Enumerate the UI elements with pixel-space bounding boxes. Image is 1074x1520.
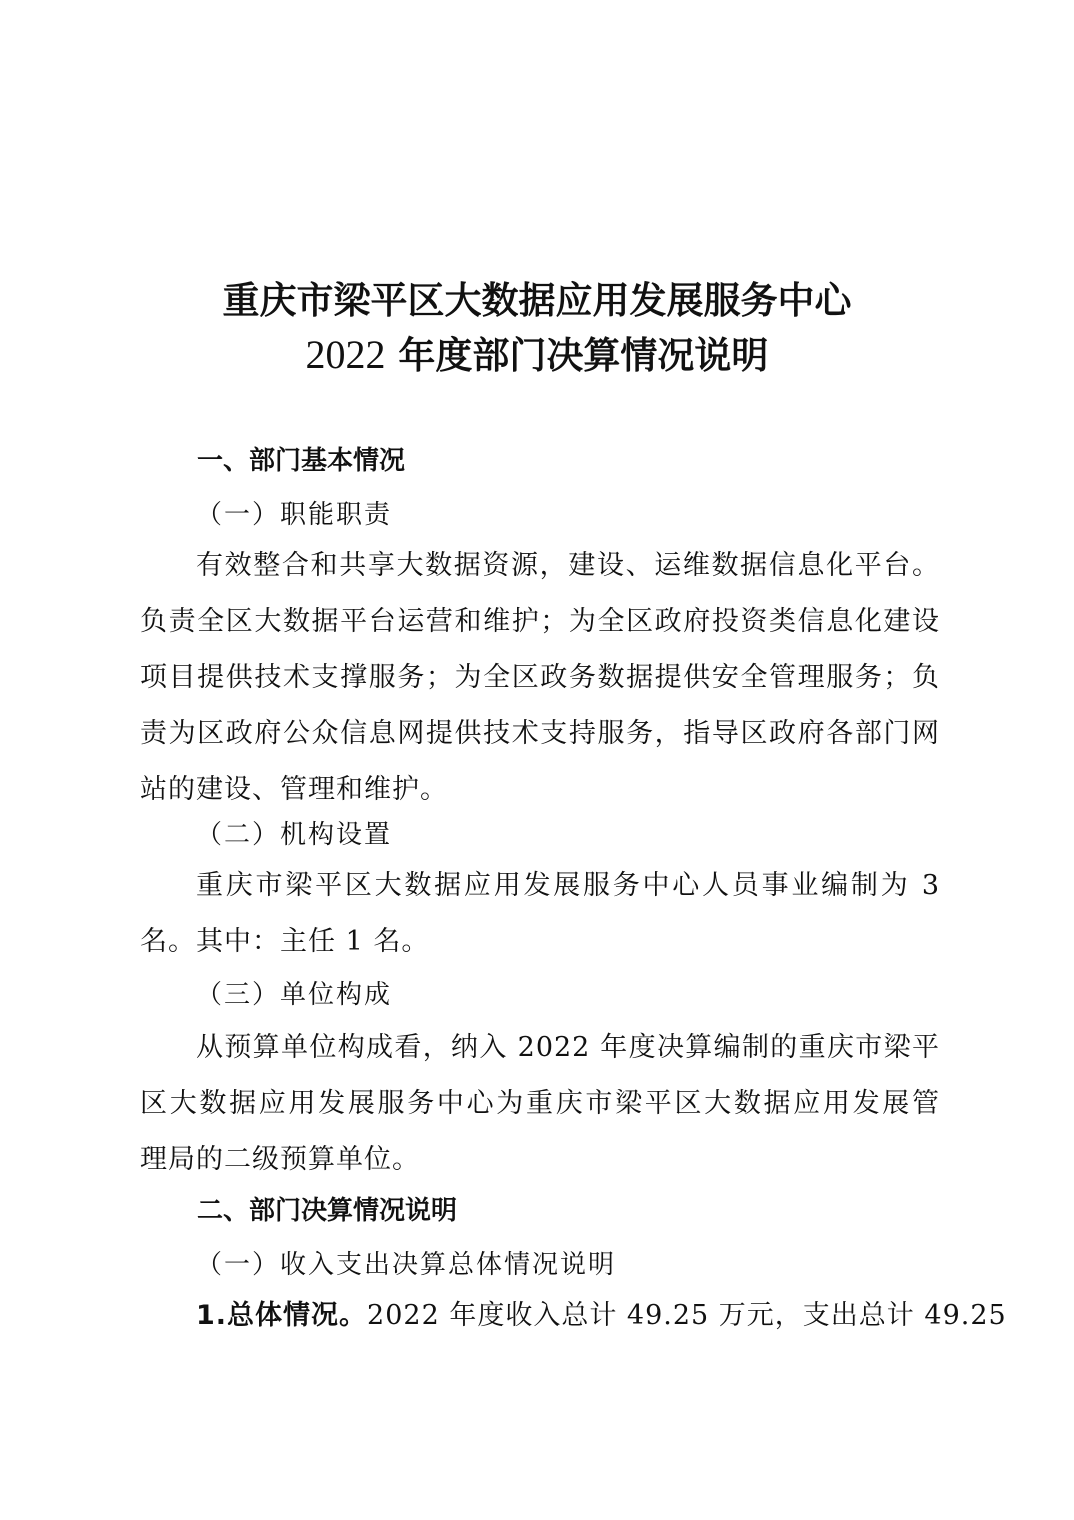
text-line: 从预算单位构成看，纳入 2022 年度决算编制的重庆市梁平: [140, 1020, 940, 1076]
paragraph-composition: 从预算单位构成看，纳入 2022 年度决算编制的重庆市梁平 区大数据应用发展服务…: [140, 1020, 940, 1188]
item-text: 2022 年度收入总计 49.25 万元，支出总计 49.25: [367, 1300, 1007, 1331]
title-rest: 年度部门决算情况说明: [386, 334, 769, 377]
text-line: 名。其中：主任 1 名。: [140, 914, 940, 970]
subsection-heading-duties: （一）职能职责: [196, 494, 392, 531]
text-line: 区大数据应用发展服务中心为重庆市梁平区大数据应用发展管: [140, 1076, 940, 1132]
document-title-line1: 重庆市梁平区大数据应用发展服务中心: [0, 270, 1074, 324]
text-line: 有效整合和共享大数据资源，建设、运维数据信息化平台。: [140, 538, 940, 594]
text-line: 站的建设、管理和维护。: [140, 762, 940, 818]
item-label: 1.总体情况。: [196, 1300, 367, 1331]
subsection-heading-composition: （三）单位构成: [196, 974, 392, 1011]
title-year: 2022: [306, 332, 386, 377]
text-line: 项目提供技术支撑服务；为全区政务数据提供安全管理服务；负: [140, 650, 940, 706]
section-heading-final-accounts: 二、部门决算情况说明: [197, 1190, 457, 1227]
paragraph-duties: 有效整合和共享大数据资源，建设、运维数据信息化平台。 负责全区大数据平台运营和维…: [140, 538, 940, 818]
document-title-line2: 2022 年度部门决算情况说明: [0, 325, 1074, 379]
text-line: 责为区政府公众信息网提供技术支持服务，指导区政府各部门网: [140, 706, 940, 762]
text-line: 1.总体情况。2022 年度收入总计 49.25 万元，支出总计 49.25: [140, 1288, 940, 1344]
paragraph-structure: 重庆市梁平区大数据应用发展服务中心人员事业编制为 3 名。其中：主任 1 名。: [140, 858, 940, 970]
text-line: 负责全区大数据平台运营和维护；为全区政府投资类信息化建设: [140, 594, 940, 650]
subsection-heading-structure: （二）机构设置: [196, 814, 392, 851]
section-heading-basic-info: 一、部门基本情况: [197, 440, 405, 477]
text-line: 理局的二级预算单位。: [140, 1132, 940, 1188]
subsection-heading-income-expense: （一）收入支出决算总体情况说明: [196, 1244, 616, 1281]
paragraph-overall: 1.总体情况。2022 年度收入总计 49.25 万元，支出总计 49.25: [140, 1288, 940, 1344]
text-line: 重庆市梁平区大数据应用发展服务中心人员事业编制为 3: [140, 858, 940, 914]
